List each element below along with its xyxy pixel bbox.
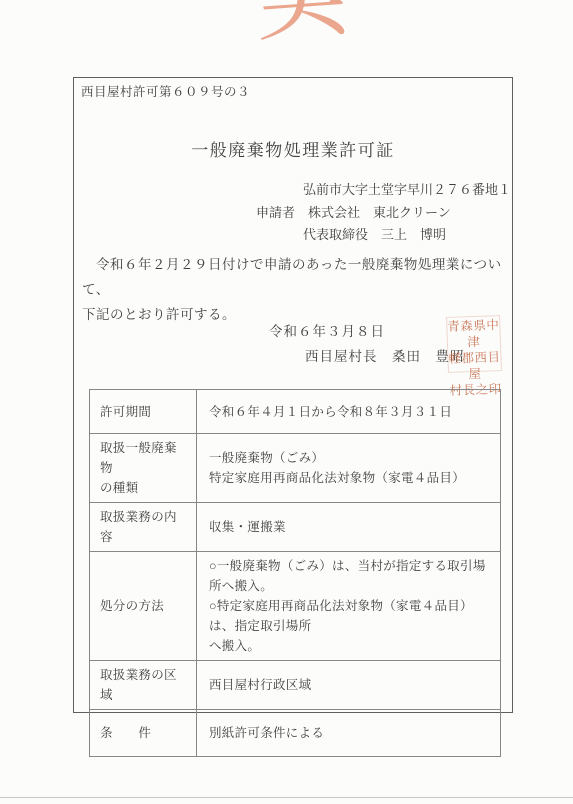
table-row: 取扱業務の内容 収集・運搬業	[90, 503, 501, 552]
permission-statement: 令和６年２月２９日付けで申請のあった一般廃棄物処理業について、 下記のとおり許可…	[82, 252, 502, 327]
row-value-permit-period: 令和６年４月１日から令和８年３月３１日	[197, 390, 501, 434]
mayor-seal-stamp: 青森県中津 軽郡西目屋 村長之印	[446, 315, 502, 373]
permit-details-table: 許可期間 令和６年４月１日から令和８年３月３１日 取扱一般廃棄物 の種類 一般廃…	[89, 389, 501, 757]
row-label-conditions: 条 件	[90, 710, 197, 757]
row-value-business-area: 西目屋村行政区域	[197, 661, 501, 710]
row-value-waste-types: 一般廃棄物（ごみ） 特定家庭用再商品化法対象物（家電４品目）	[197, 434, 501, 503]
table-row: 取扱一般廃棄物 の種類 一般廃棄物（ごみ） 特定家庭用再商品化法対象物（家電４品…	[90, 434, 501, 503]
document-border-box: 西目屋村許可第６０９号の３ 一般廃棄物処理業許可証 弘前市大字土堂字早川２７６番…	[73, 77, 513, 713]
applicant-address: 弘前市大字土堂字早川２７６番地１	[256, 179, 511, 202]
table-row: 処分の方法 ○一般廃棄物（ごみ）は、当村が指定する取引場所へ搬入。 ○特定家庭用…	[90, 552, 501, 661]
issue-date: 令和６年３月８日	[269, 320, 385, 340]
row-value-conditions: 別紙許可条件による	[197, 710, 501, 757]
table-row: 取扱業務の区域 西目屋村行政区域	[90, 661, 501, 710]
row-label-disposal-method: 処分の方法	[90, 552, 197, 661]
row-label-permit-period: 許可期間	[90, 390, 197, 434]
row-value-business-content: 収集・運搬業	[197, 503, 501, 552]
applicant-company: 株式会社 東北クリーン	[308, 205, 451, 220]
applicant-representative: 代表取締役 三上 博明	[256, 224, 511, 247]
row-value-disposal-method: ○一般廃棄物（ごみ）は、当村が指定する取引場所へ搬入。 ○特定家庭用再商品化法対…	[197, 552, 501, 661]
row-label-waste-types: 取扱一般廃棄物 の種類	[90, 434, 197, 503]
issuer-mayor-name: 西目屋村長 桑田 豊昭	[305, 345, 465, 365]
applicant-label: 申請者	[256, 205, 295, 220]
scanned-document-page: 癸 西目屋村許可第６０９号の３ 一般廃棄物処理業許可証 弘前市大字土堂字早川２７…	[0, 0, 573, 804]
document-title: 一般廃棄物処理業許可証	[74, 136, 512, 161]
row-label-business-content: 取扱業務の内容	[90, 503, 197, 552]
partial-red-stamp-icon: 癸	[249, 0, 356, 49]
permit-number: 西目屋村許可第６０９号の３	[81, 82, 250, 100]
table-row: 許可期間 令和６年４月１日から令和８年３月３１日	[90, 390, 501, 434]
scan-bottom-edge	[0, 797, 573, 798]
applicant-block: 弘前市大字土堂字早川２７６番地１ 申請者株式会社 東北クリーン 代表取締役 三上…	[256, 179, 511, 247]
row-label-business-area: 取扱業務の区域	[90, 661, 197, 710]
applicant-line: 申請者株式会社 東北クリーン	[256, 202, 511, 225]
table-row: 条 件 別紙許可条件による	[90, 710, 501, 757]
